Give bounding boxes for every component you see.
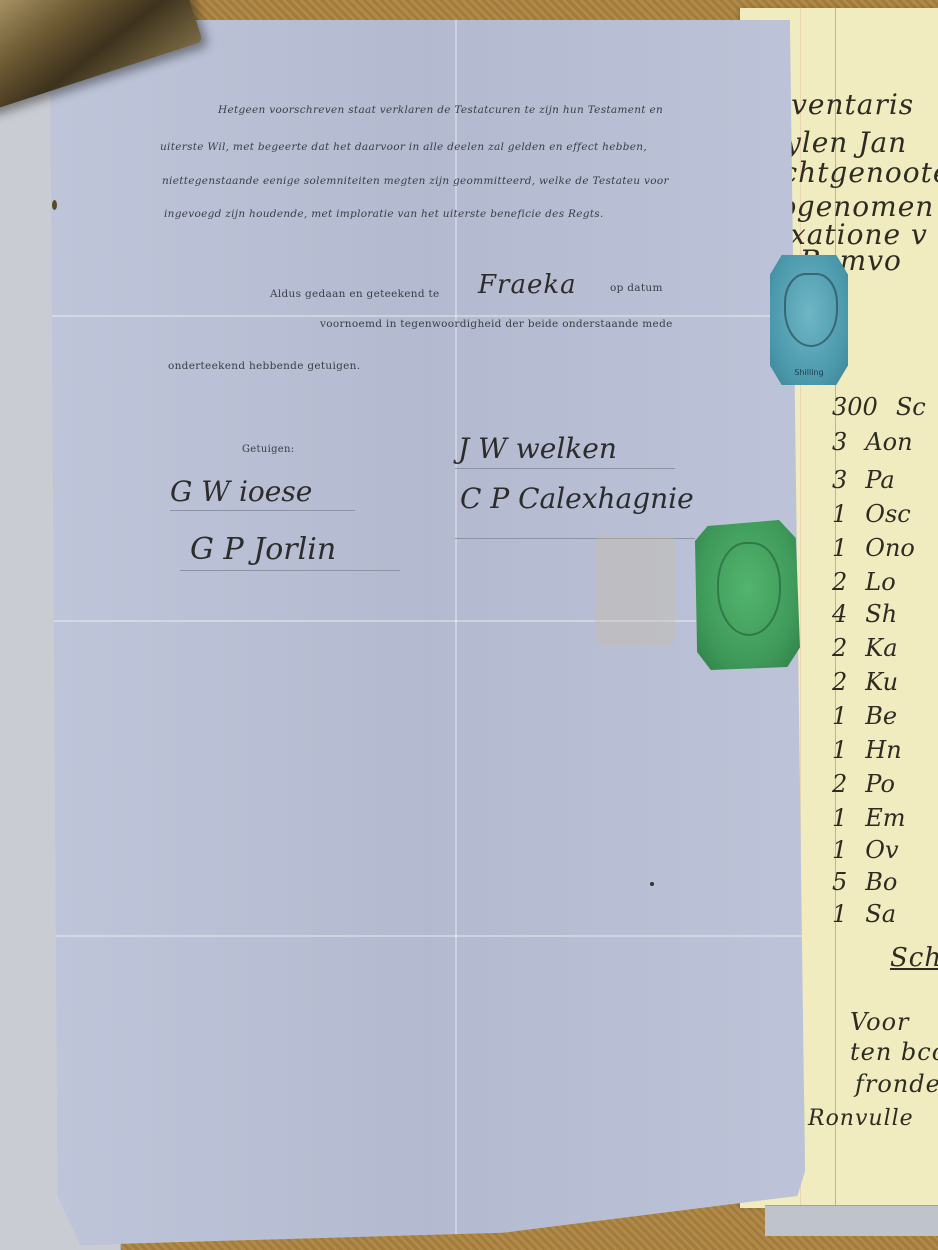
ledger-item-name: Be bbox=[865, 702, 897, 730]
witness-signature: G W ioese bbox=[170, 475, 312, 508]
revenue-stamp-green bbox=[695, 520, 800, 670]
ledger-item-name: Ka bbox=[865, 634, 897, 662]
signature-line bbox=[180, 570, 400, 571]
ledger-item-name: Ov bbox=[865, 836, 898, 864]
witness-signature: G P Jorlin bbox=[190, 532, 336, 567]
ledger-footer-line: Voor bbox=[850, 1008, 910, 1036]
ledger-item: 1Be bbox=[832, 702, 897, 730]
coat-of-arms-icon bbox=[784, 273, 838, 347]
signing-place-prefix: Aldus gedaan en geteekend te bbox=[270, 288, 440, 300]
signature-line bbox=[170, 510, 355, 511]
ledger-item: 2Ku bbox=[832, 668, 898, 696]
paragraph1-line: niettegenstaande eenige solemniteiten me… bbox=[162, 175, 669, 187]
ledger-item: 4Sh bbox=[832, 600, 897, 628]
ledger-item-name: Ku bbox=[865, 668, 898, 696]
ledger-item: 5Bo bbox=[832, 868, 897, 896]
fold-line bbox=[455, 20, 457, 1245]
ledger-item: 1Em bbox=[832, 804, 906, 832]
fold-line bbox=[50, 935, 805, 937]
ledger-item: 1Ono bbox=[832, 534, 915, 562]
ledger-item-name: Lo bbox=[865, 568, 895, 596]
ledger-item: 3Aon bbox=[832, 428, 913, 456]
ledger-item: 1Osc bbox=[832, 500, 911, 528]
ledger-qty: 1 bbox=[832, 736, 847, 764]
ledger-footer-line: fronde bbox=[855, 1070, 938, 1098]
paragraph1-line: Hetgeen voorschreven staat verklaren de … bbox=[218, 104, 663, 116]
ledger-qty: 1 bbox=[832, 500, 847, 528]
ledger-qty: 1 bbox=[832, 702, 847, 730]
ledger-item: 2Po bbox=[832, 770, 895, 798]
ledger-item-name: Sa bbox=[865, 900, 896, 928]
ledger-qty: 1 bbox=[832, 804, 847, 832]
ledger-qty: 1 bbox=[832, 900, 847, 928]
underlying-sheet-bottom bbox=[765, 1205, 938, 1236]
ledger-item: 2Lo bbox=[832, 568, 896, 596]
ledger-item-name: Sh bbox=[865, 600, 897, 628]
signature-line bbox=[455, 468, 675, 469]
fold-line bbox=[50, 620, 805, 622]
testator-signature: J W welken bbox=[458, 432, 617, 465]
coat-of-arms-icon bbox=[717, 542, 781, 636]
ledger-qty: 2 bbox=[832, 668, 847, 696]
testator-signature: C P Calexhagnie bbox=[460, 482, 694, 515]
ledger-item-name: Po bbox=[865, 770, 895, 798]
paragraph1-line: uiterste Wil, met begeerte dat het daarv… bbox=[160, 141, 647, 153]
paragraph2-line: onderteekend hebbende getuigen. bbox=[168, 360, 360, 372]
ink-speck bbox=[52, 200, 57, 210]
ledger-item: 1Ov bbox=[832, 836, 899, 864]
ledger-item: 1Sa bbox=[832, 900, 896, 928]
stamp-label: Shilling bbox=[770, 368, 848, 377]
ledger-item: 1Hn bbox=[832, 736, 902, 764]
ledger-footer-line: Ronvulle bbox=[808, 1106, 914, 1131]
ledger-item-name: Em bbox=[865, 804, 905, 832]
ledger-qty: 2 bbox=[832, 634, 847, 662]
ledger-qty: 1 bbox=[832, 836, 847, 864]
ledger-qty: 300 bbox=[832, 393, 878, 421]
ledger-qty: 2 bbox=[832, 568, 847, 596]
ledger-item-name: Pa bbox=[865, 466, 894, 494]
ledger-footer-line: ten bco bbox=[850, 1038, 938, 1066]
ledger-item-name: Bo bbox=[865, 868, 897, 896]
witnesses-label: Getuigen: bbox=[242, 444, 294, 455]
ledger-item: 3Pa bbox=[832, 466, 895, 494]
ledger-qty: 4 bbox=[832, 600, 847, 628]
ledger-qty: 3 bbox=[832, 428, 847, 456]
paragraph1-line: ingevoegd zijn houdende, met imploratie … bbox=[164, 208, 604, 220]
ledger-total-label: Sch bbox=[890, 943, 938, 973]
ledger-item: 2Ka bbox=[832, 634, 898, 662]
ledger-qty: 3 bbox=[832, 466, 847, 494]
signing-place-handwritten: Fraeka bbox=[478, 270, 577, 300]
ledger-item-name: Hn bbox=[865, 736, 901, 764]
ledger-item-name: Osc bbox=[865, 500, 910, 528]
ink-speck bbox=[650, 882, 654, 886]
ledger-item-name: Ono bbox=[865, 534, 915, 562]
fold-line bbox=[50, 315, 805, 317]
ledger-item-name: Aon bbox=[865, 428, 912, 456]
paper-stain bbox=[595, 535, 675, 645]
ledger-qty: 2 bbox=[832, 770, 847, 798]
ledger-item: 300Sc bbox=[832, 393, 926, 421]
paragraph2-line: voornoemd in tegenwoordigheid der beide … bbox=[320, 318, 673, 330]
revenue-stamp-blue: Shilling bbox=[770, 255, 848, 385]
ledger-item-name: Sc bbox=[896, 393, 926, 421]
ledger-qty: 5 bbox=[832, 868, 847, 896]
ledger-qty: 1 bbox=[832, 534, 847, 562]
signing-date-suffix: op datum bbox=[610, 282, 663, 294]
testament-sheet: Hetgeen voorschreven staat verklaren de … bbox=[50, 20, 805, 1245]
